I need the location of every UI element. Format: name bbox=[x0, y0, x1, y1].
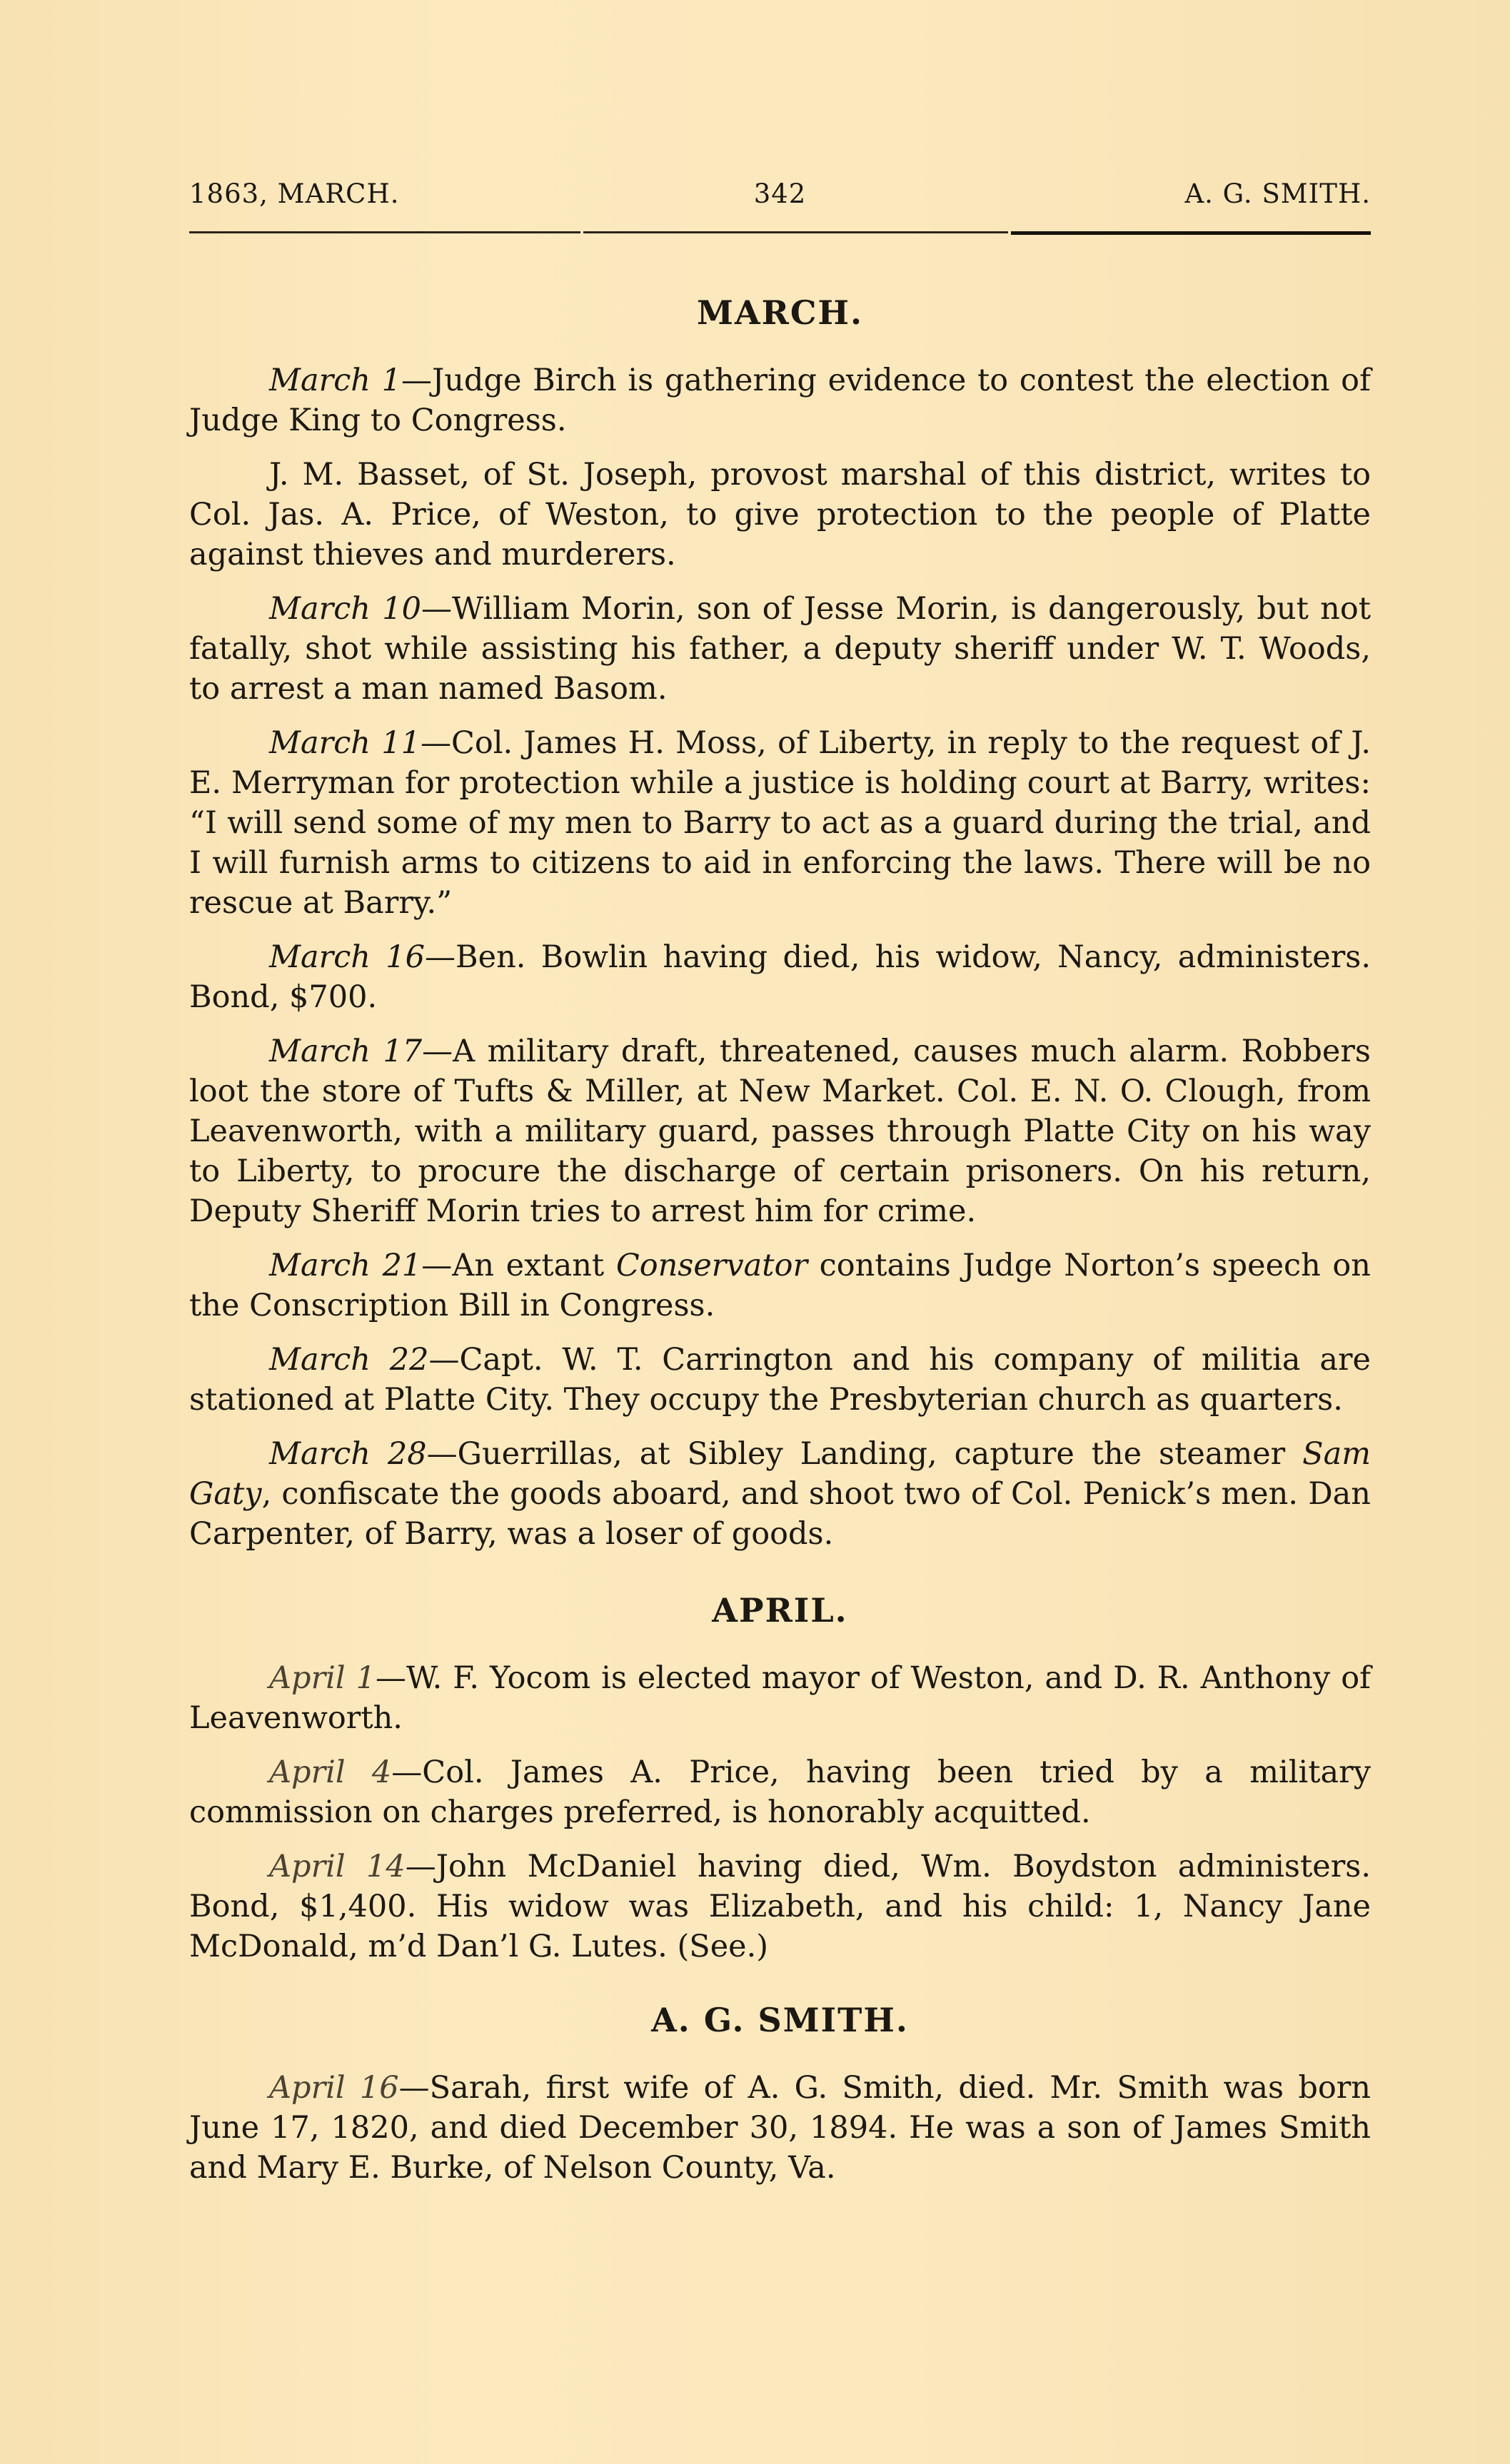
entry-date: March 22 bbox=[269, 1342, 429, 1378]
entry-date: March 1 bbox=[269, 363, 401, 398]
entry-date: March 17 bbox=[269, 1034, 422, 1069]
entry-april-4: April 4—Col. James A. Price, having been… bbox=[189, 1752, 1371, 1832]
entry-text: , confiscate the goods aboard, and shoot… bbox=[189, 1476, 1371, 1552]
entry-basset: J. M. Basset, of St. Joseph, provost mar… bbox=[189, 455, 1371, 575]
entry-march-10: March 10—William Morin, son of Jesse Mor… bbox=[189, 589, 1371, 709]
header-rule-segment bbox=[189, 231, 580, 233]
entry-text: —An extant bbox=[421, 1248, 616, 1283]
header-rule-segment bbox=[1011, 231, 1371, 235]
entry-march-21: March 21—An extant Conservator contains … bbox=[189, 1246, 1371, 1326]
section-ag-smith: A. G. SMITH. April 16—Sarah, first wife … bbox=[189, 2001, 1371, 2188]
entry-april-1: April 1—W. F. Yocom is elected mayor of … bbox=[189, 1658, 1371, 1738]
entry-date: April 16 bbox=[269, 2070, 399, 2106]
section-heading: APRIL. bbox=[189, 1591, 1371, 1630]
entry-april-16: April 16—Sarah, first wife of A. G. Smit… bbox=[189, 2068, 1371, 2188]
entry-date: March 10 bbox=[269, 591, 421, 627]
entry-march-11: March 11—Col. James H. Moss, of Liberty,… bbox=[189, 723, 1371, 923]
newspaper-title: Conservator bbox=[616, 1248, 807, 1283]
entry-march-28: March 28—Guerrillas, at Sibley Landing, … bbox=[189, 1434, 1371, 1554]
entry-date: March 21 bbox=[269, 1248, 421, 1283]
entry-date: April 1 bbox=[269, 1660, 376, 1696]
section-heading: A. G. SMITH. bbox=[189, 2001, 1371, 2039]
header-rule bbox=[189, 231, 1371, 234]
section-march: MARCH. March 1—Judge Birch is gathering … bbox=[189, 293, 1371, 1554]
section-april: APRIL. April 1—W. F. Yocom is elected ma… bbox=[189, 1591, 1371, 1966]
entry-text: J. M. Basset, of St. Joseph, provost mar… bbox=[189, 457, 1371, 572]
header-rule-segment bbox=[583, 231, 1008, 233]
entry-date: March 16 bbox=[269, 939, 425, 975]
entry-text: —Guerrillas, at Sibley Landing, capture … bbox=[427, 1436, 1303, 1472]
entry-date: April 14 bbox=[269, 1849, 406, 1884]
entry-march-16: March 16—Ben. Bowlin having died, his wi… bbox=[189, 937, 1371, 1017]
page-number: 342 bbox=[189, 178, 1371, 209]
entry-date: March 28 bbox=[269, 1436, 427, 1472]
entry-date: April 4 bbox=[269, 1754, 391, 1790]
running-head: 1863, MARCH. 342 A. G. SMITH. bbox=[189, 178, 1371, 216]
section-heading: MARCH. bbox=[189, 293, 1371, 332]
book-page: 1863, MARCH. 342 A. G. SMITH. MARCH. Mar… bbox=[189, 178, 1371, 2188]
entry-march-17: March 17—A military draft, threatened, c… bbox=[189, 1031, 1371, 1231]
entry-date: March 11 bbox=[269, 725, 421, 761]
entry-march-1: March 1—Judge Birch is gathering evidenc… bbox=[189, 360, 1371, 440]
entry-april-14: April 14—John McDaniel having died, Wm. … bbox=[189, 1847, 1371, 1966]
entry-march-22: March 22—Capt. W. T. Carrington and his … bbox=[189, 1340, 1371, 1420]
